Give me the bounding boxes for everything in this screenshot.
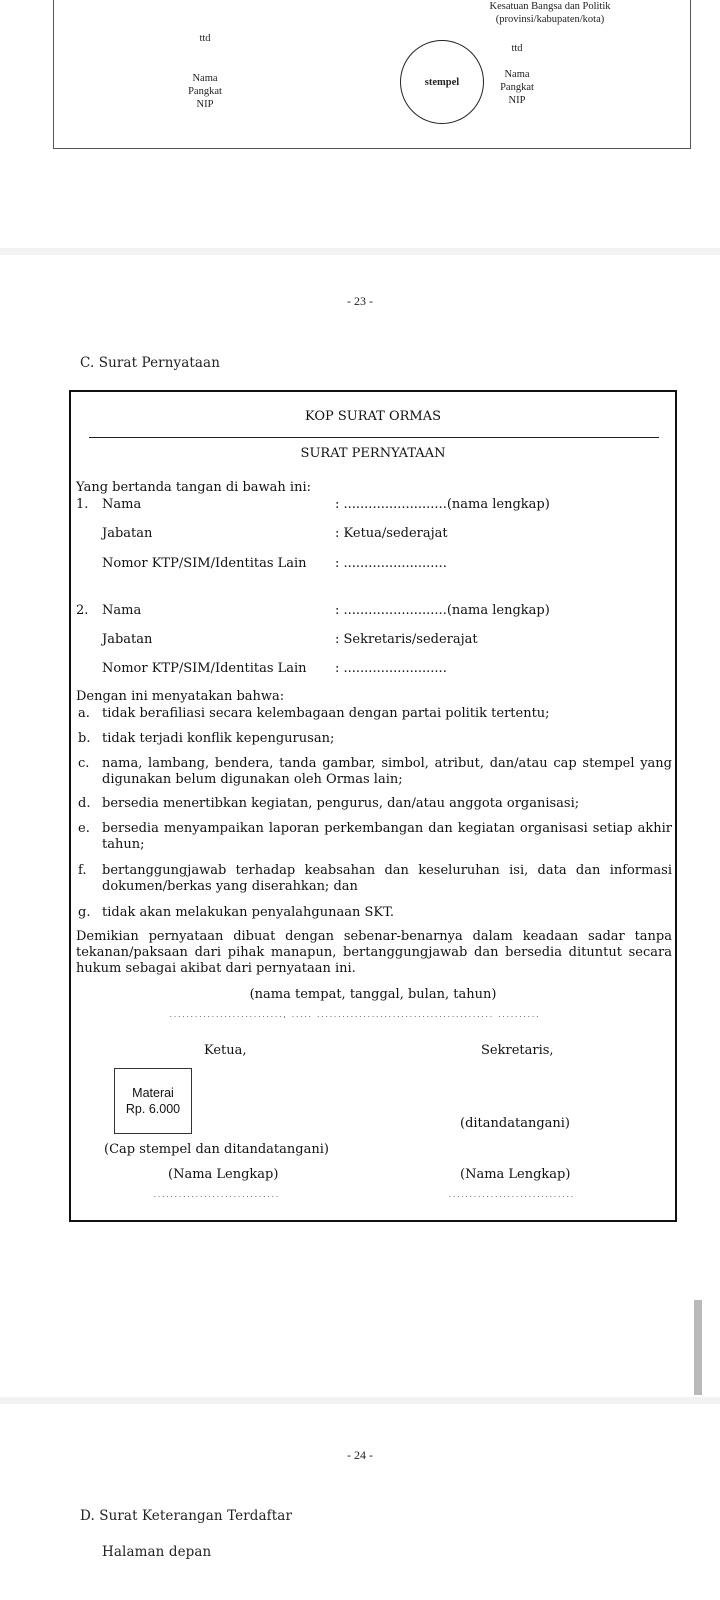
left-role: Ketua, [204,1043,247,1058]
left-full-name: (Nama Lengkap) [168,1167,278,1182]
signatory-2-jabatan-value: : Sekretaris/sederajat [335,632,478,647]
right-nip: NIP [472,94,562,107]
closing-paragraph: Demikian pernyataan dibuat dengan sebena… [76,929,672,977]
page-23: - 23 - C. Surat Pernyataan KOP SURAT ORM… [0,257,720,1397]
page-number: - 23 - [0,294,720,309]
left-ttd: ttd [160,32,250,45]
statement-letter: g. [78,905,90,920]
left-pangkat: Pangkat [160,85,250,98]
right-signatory-block: Nama Pangkat NIP [472,68,562,107]
right-ttd: ttd [472,42,562,55]
signatory-1-id-value: : ......................... [335,556,447,571]
materai-value: Rp. 6.000 [126,1101,180,1117]
statement-letter: e. [78,821,90,836]
signatory-1-nama-label: Nama [102,497,141,512]
statement-item: bertanggungjawab terhadap keabsahan dan … [102,863,672,895]
statement-letter: f. [78,863,86,878]
statement-letter: d. [78,796,90,811]
kop-divider [89,437,659,438]
statement-letter: c. [78,756,89,771]
statement-item: tidak akan melakukan penyalahgunaan SKT. [102,905,672,921]
intro-text: Yang bertanda tangan di bawah ini: [76,480,311,495]
statement-intro: Dengan ini menyatakan bahwa: [76,689,284,704]
statement-item: bersedia menyampaikan laporan perkembang… [102,821,672,853]
statement-item: bersedia menertibkan kegiatan, pengurus,… [102,796,672,812]
materai-label: Materai [132,1085,174,1101]
signatory-1-jabatan-label: Jabatan [102,526,152,541]
right-nama: Nama [472,68,562,81]
page-number: - 24 - [0,1448,720,1463]
section-title: C. Surat Pernyataan [80,355,220,371]
page-separator [0,248,720,255]
right-full-name: (Nama Lengkap) [460,1167,570,1182]
org-line-2: (provinsi/kabupaten/kota) [440,13,660,26]
statement-letter: a. [78,706,90,721]
kop-surat: KOP SURAT ORMAS [71,409,675,424]
statement-form: KOP SURAT ORMAS SURAT PERNYATAAN Yang be… [69,390,677,1222]
statement-item: nama, lambang, bendera, tanda gambar, si… [102,756,672,788]
left-nama: Nama [160,72,250,85]
right-signed-note: (ditandatangani) [460,1116,570,1131]
left-signatory-block: Nama Pangkat NIP [160,72,250,111]
signatory-1-jabatan-value: : Ketua/sederajat [335,526,448,541]
document-title: SURAT PERNYATAAN [71,446,675,461]
org-heading: Kesatuan Bangsa dan Politik (provinsi/ka… [440,0,660,26]
signatory-2-jabatan-label: Jabatan [102,632,152,647]
signatory-2-nama-label: Nama [102,603,141,618]
signatory-2-id-value: : ......................... [335,661,447,676]
place-date-dots: ..........................., ..... .....… [169,1012,540,1019]
signatory-1-nama-value: : .........................(nama lengkap… [335,497,550,512]
signatory-1-id-label: Nomor KTP/SIM/Identitas Lain [102,556,307,571]
stamp-label: stempel [425,77,459,88]
page-separator [0,1397,720,1404]
section-subtitle: Halaman depan [102,1544,211,1560]
signatory-2-nama-value: : .........................(nama lengkap… [335,603,550,618]
signatory-2-number: 2. [76,603,88,618]
left-signed-note: (Cap stempel dan ditandatangani) [104,1142,329,1157]
scrollbar-thumb[interactable] [694,1300,702,1395]
left-name-dots: .............................. [153,1192,279,1199]
right-role: Sekretaris, [481,1043,554,1058]
signatory-1-number: 1. [76,497,88,512]
right-pangkat: Pangkat [472,81,562,94]
place-date-label: (nama tempat, tanggal, bulan, tahun) [71,987,675,1002]
right-name-dots: .............................. [448,1192,574,1199]
left-nip: NIP [160,98,250,111]
statement-item: tidak terjadi konflik kepengurusan; [102,731,668,747]
previous-page: Kesatuan Bangsa dan Politik (provinsi/ka… [0,0,720,250]
signatory-2-id-label: Nomor KTP/SIM/Identitas Lain [102,661,307,676]
statement-item: tidak berafiliasi secara kelembagaan den… [102,706,668,722]
page-24: - 24 - D. Surat Keterangan Terdaftar Hal… [0,1404,720,1600]
org-line-1: Kesatuan Bangsa dan Politik [440,0,660,13]
materai-stamp-box: Materai Rp. 6.000 [114,1068,192,1134]
statement-letter: b. [78,731,90,746]
section-title: D. Surat Keterangan Terdaftar [80,1508,292,1524]
